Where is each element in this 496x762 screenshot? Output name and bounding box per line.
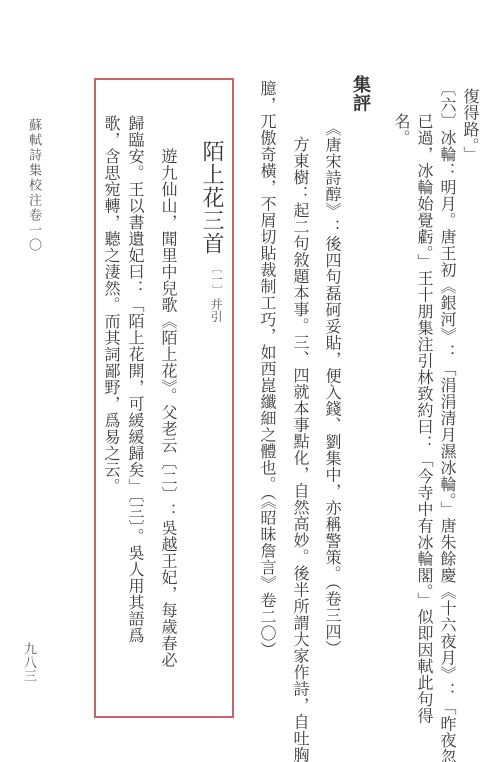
preface-line-1: 遊九仙山，聞里中兒歌《陌上花》。父老云〔二〕：吳越王妃，每歲春必 — [157, 148, 179, 668]
poem-subtitle: 并引 — [205, 298, 227, 323]
note-line-2: 〔六〕冰輪：明月。唐王初《銀河》：「涓涓清月濕冰輪。」唐朱餘慶《十六夜月》：「昨… — [436, 80, 458, 762]
preface-line-3: 歌，含思宛轉，聽之淒然。而其詞鄙野，爲易之云。 — [100, 115, 122, 495]
commentary-heading: 集評 — [349, 75, 371, 112]
preface-line-2: 歸臨安。王以書遺妃曰：「陌上花開，可緩緩歸矣」〔三〕。吳人用其語爲 — [124, 115, 146, 644]
commentary-line-2: 方東樹：起二句敘題本事。三、四就本事點化，自然高妙。後半所謂大家作詩，自吐胸 — [289, 136, 311, 762]
note-line-4: 名。 — [390, 113, 412, 146]
poem-note-marker: 〔一〕 — [205, 262, 227, 297]
page-number: 九八三 — [17, 642, 39, 683]
commentary-line-3: 臆，兀傲奇橫，不屑切貼裁制工巧，如西崑纖細之體也。（《昭昧詹言》卷二〇） — [256, 80, 278, 658]
note-line-3: 已過，冰輪始覺虧。」王十朋集注引林致約曰：「今寺中有冰輪閣。」似即因軾此句得 — [413, 113, 435, 724]
commentary-line-1: 《唐宋詩醇》：後四句磊砢妥貼，便入錢、劉集中，亦稱警策。（卷三四） — [321, 120, 343, 657]
running-head-book-title: 蘇軾詩集校注卷一〇 — [22, 118, 44, 253]
poem-title: 陌上花三首 — [200, 140, 222, 255]
note-line-1: 復得路。」 — [459, 88, 481, 163]
